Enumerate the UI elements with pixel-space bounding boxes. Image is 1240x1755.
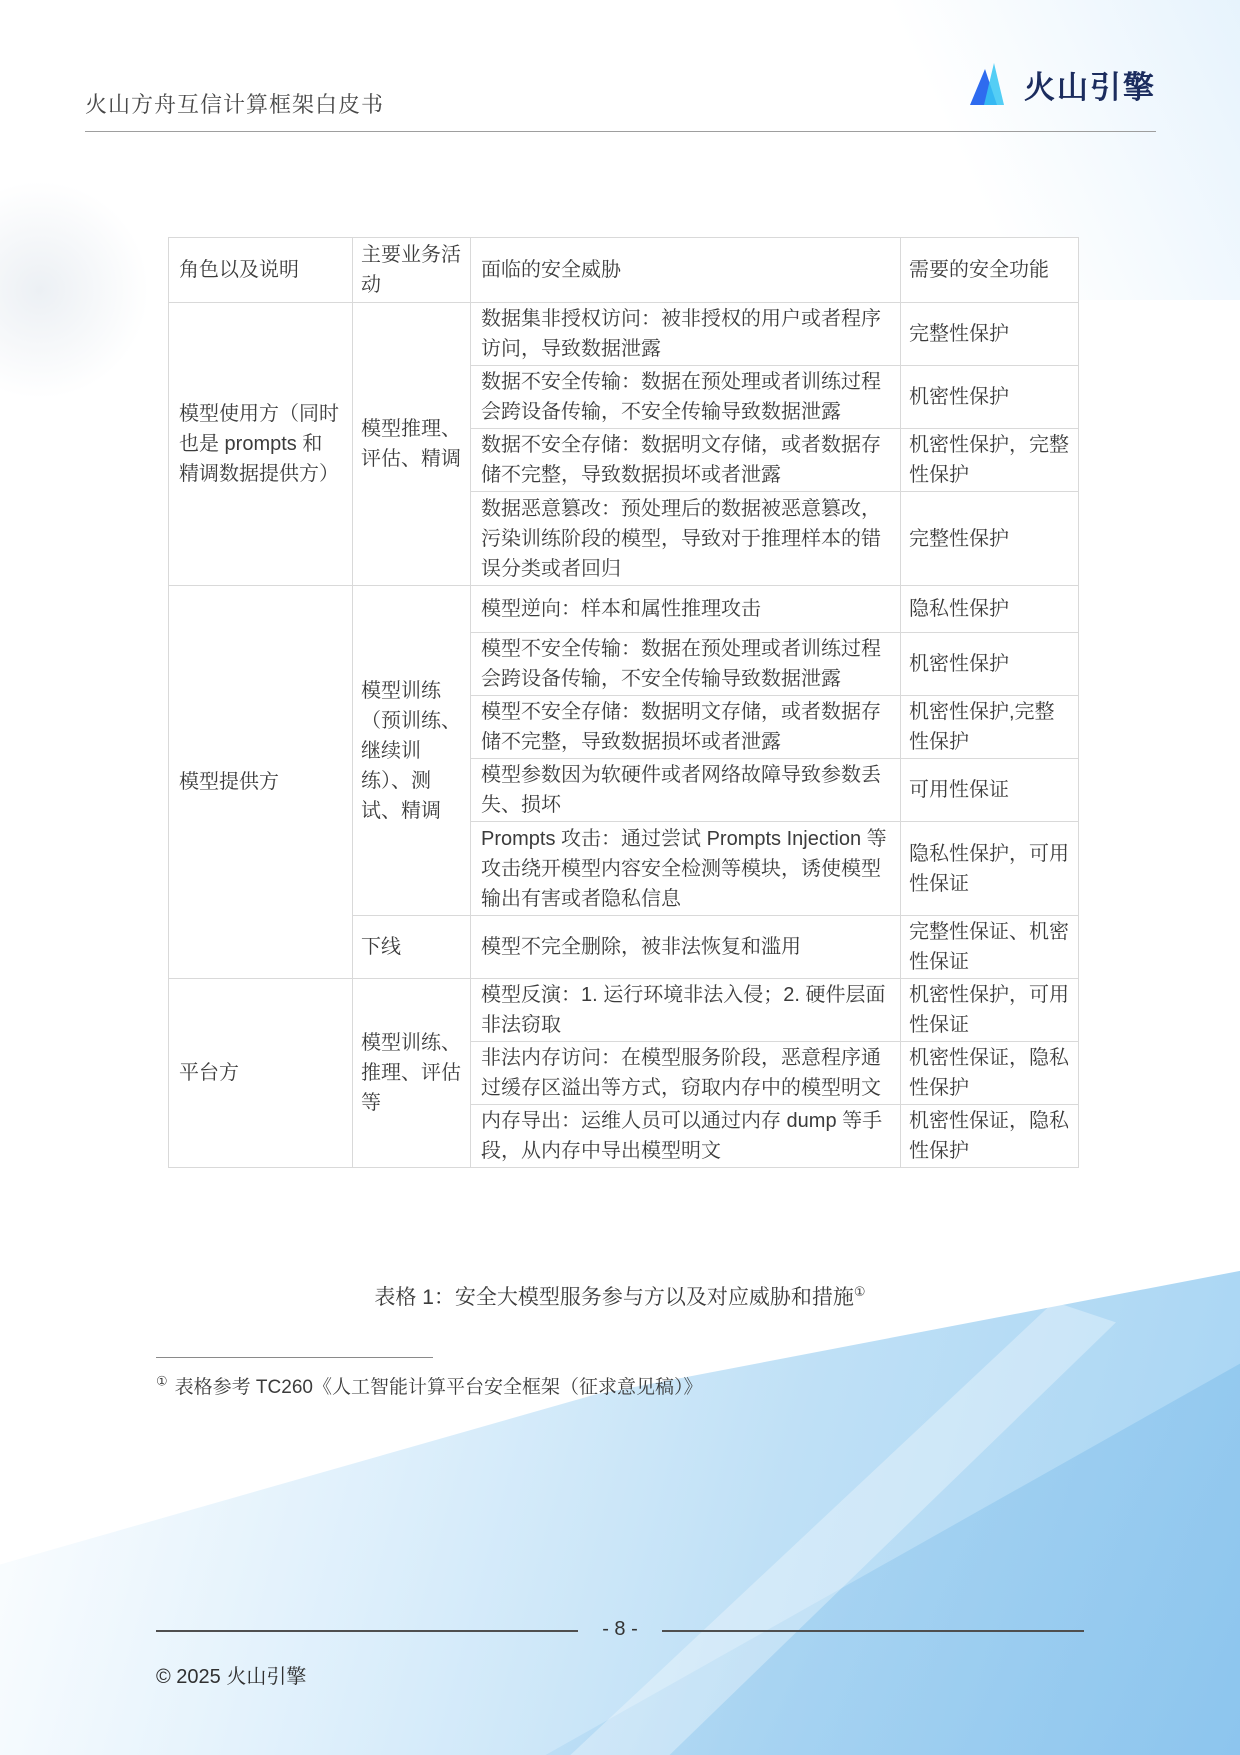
cell-threat: 数据不安全传输：数据在预处理或者训练过程会跨设备传输，不安全传输导致数据泄露	[471, 366, 901, 429]
cell-threat: 内存导出：运维人员可以通过内存 dump 等手段，从内存中导出模型明文	[471, 1105, 901, 1168]
cell-function: 机密性保护	[901, 366, 1079, 429]
cell-threat: 模型反演：1. 运行环境非法入侵；2. 硬件层面非法窃取	[471, 979, 901, 1042]
cell-threat: 模型不安全传输：数据在预处理或者训练过程会跨设备传输，不安全传输导致数据泄露	[471, 633, 901, 696]
table-caption: 表格 1：安全大模型服务参与方以及对应威胁和措施①	[0, 1281, 1240, 1311]
cell-function: 机密性保护	[901, 633, 1079, 696]
cell-threat: 模型不完全删除，被非法恢复和滥用	[471, 916, 901, 979]
logo-wordmark: 火山引擎	[1024, 62, 1156, 107]
cell-threat: 数据不安全存储：数据明文存储，或者数据存储不完整，导致数据损坏或者泄露	[471, 429, 901, 492]
table-row: 平台方 模型训练、推理、评估等 模型反演：1. 运行环境非法入侵；2. 硬件层面…	[169, 979, 1079, 1042]
table-caption-text: 表格 1：安全大模型服务参与方以及对应威胁和措施	[374, 1286, 854, 1309]
footer-rule-left	[156, 1630, 578, 1632]
header-role: 角色以及说明	[169, 238, 353, 303]
header-divider	[85, 131, 1156, 132]
mountain-peaks-icon	[964, 63, 1016, 107]
cell-function: 可用性保证	[901, 759, 1079, 822]
cell-activity: 下线	[353, 916, 471, 979]
header-function: 需要的安全功能	[901, 238, 1079, 303]
cell-function: 隐私性保护	[901, 586, 1079, 633]
cell-function: 机密性保护，完整性保护	[901, 429, 1079, 492]
security-threats-table: 角色以及说明 主要业务活动 面临的安全威胁 需要的安全功能 模型使用方（同时也是…	[168, 237, 1079, 1168]
cell-role: 模型提供方	[169, 586, 353, 979]
header-threat: 面临的安全威胁	[471, 238, 901, 303]
background-blob-left	[0, 180, 150, 400]
cell-role: 模型使用方（同时也是 prompts 和精调数据提供方）	[169, 303, 353, 586]
cell-function: 机密性保证，隐私性保护	[901, 1042, 1079, 1105]
cell-activity: 模型推理、评估、精调	[353, 303, 471, 586]
cell-function: 机密性保证，隐私性保护	[901, 1105, 1079, 1168]
table-header-row: 角色以及说明 主要业务活动 面临的安全威胁 需要的安全功能	[169, 238, 1079, 303]
cell-function: 机密性保护，可用性保证	[901, 979, 1079, 1042]
copyright-text: © 2025 火山引擎	[156, 1660, 306, 1689]
footnote-divider	[156, 1357, 433, 1358]
caption-footnote-ref: ①	[854, 1284, 866, 1299]
cell-function: 机密性保护,完整性保护	[901, 696, 1079, 759]
cell-threat: Prompts 攻击：通过尝试 Prompts Injection 等攻击绕开模…	[471, 822, 901, 916]
cell-function: 完整性保护	[901, 492, 1079, 586]
cell-threat: 模型不安全存储：数据明文存储，或者数据存储不完整，导致数据损坏或者泄露	[471, 696, 901, 759]
cell-threat: 数据恶意篡改：预处理后的数据被恶意篡改，污染训练阶段的模型，导致对于推理样本的错…	[471, 492, 901, 586]
cell-function: 完整性保护	[901, 303, 1079, 366]
cell-threat: 数据集非授权访问：被非授权的用户或者程序访问，导致数据泄露	[471, 303, 901, 366]
cell-function: 隐私性保护，可用性保证	[901, 822, 1079, 916]
cell-function: 完整性保证、机密性保证	[901, 916, 1079, 979]
cell-role: 平台方	[169, 979, 353, 1168]
document-page: 火山方舟互信计算框架白皮书 火山引擎 角色以及说明 主要业务活动 面临的安全威胁…	[0, 0, 1240, 1755]
footnote-marker: ①	[156, 1374, 168, 1389]
volcengine-logo: 火山引擎	[964, 62, 1156, 107]
document-title: 火山方舟互信计算框架白皮书	[85, 88, 384, 119]
cell-threat: 非法内存访问：在模型服务阶段，恶意程序通过缓存区溢出等方式，窃取内存中的模型明文	[471, 1042, 901, 1105]
table-row: 模型提供方 模型训练（预训练、继续训练）、测试、精调 模型逆向：样本和属性推理攻…	[169, 586, 1079, 633]
table-row: 模型使用方（同时也是 prompts 和精调数据提供方） 模型推理、评估、精调 …	[169, 303, 1079, 366]
cell-activity: 模型训练（预训练、继续训练）、测试、精调	[353, 586, 471, 916]
footer-rule-right	[662, 1630, 1084, 1632]
footnote-text: 表格参考 TC260《人工智能计算平台安全框架（征求意见稿）》	[175, 1377, 703, 1398]
cell-threat: 模型参数因为软硬件或者网络故障导致参数丢失、损坏	[471, 759, 901, 822]
footnote: ①表格参考 TC260《人工智能计算平台安全框架（征求意见稿）》	[156, 1372, 702, 1399]
page-number: - 8 -	[574, 1618, 666, 1641]
header-activity: 主要业务活动	[353, 238, 471, 303]
cell-activity: 模型训练、推理、评估等	[353, 979, 471, 1168]
cell-threat: 模型逆向：样本和属性推理攻击	[471, 586, 901, 633]
